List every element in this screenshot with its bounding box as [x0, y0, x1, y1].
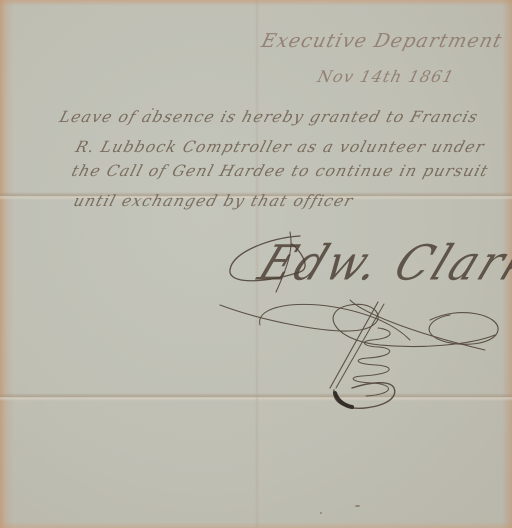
paper-speck: [355, 505, 360, 507]
paper-speck: [320, 512, 322, 514]
document-page: Executive Department Nov 14th 1861 Leave…: [0, 0, 512, 528]
signature-flourish-icon: [0, 0, 512, 528]
paper-speck: [152, 108, 154, 110]
